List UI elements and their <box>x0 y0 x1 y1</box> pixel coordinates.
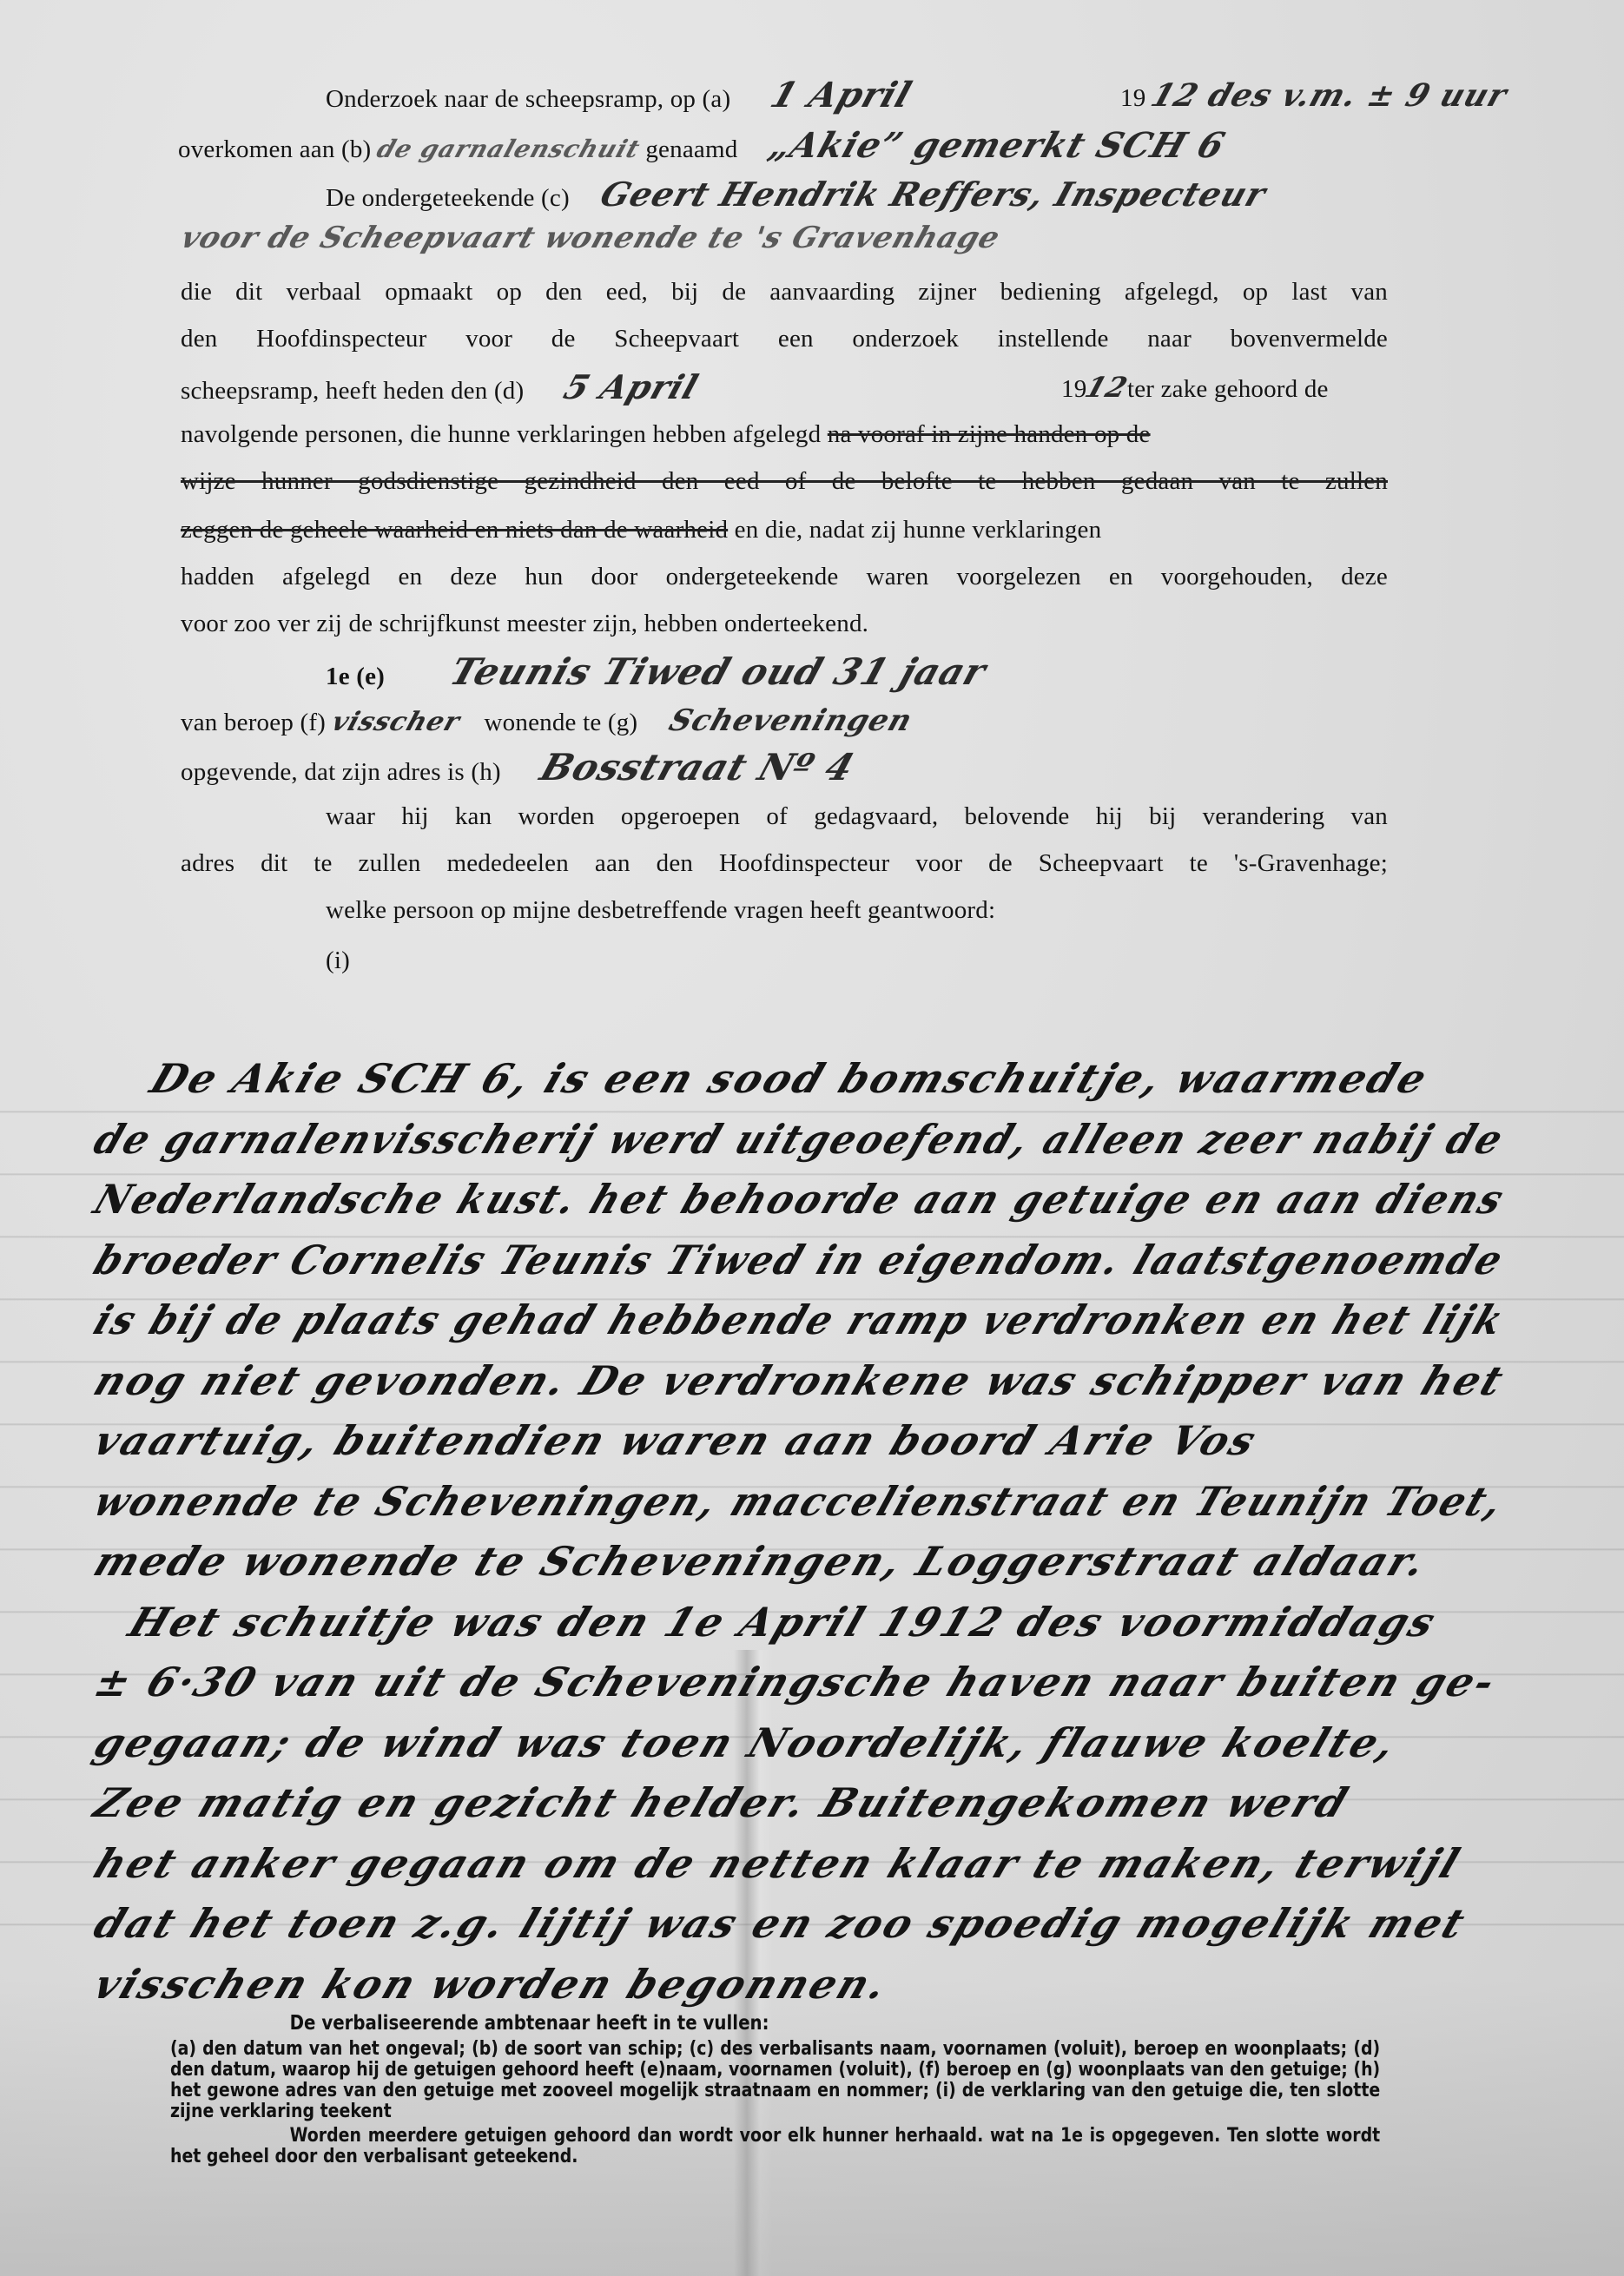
handwritten-address: Bosstraat Nº 4 <box>537 752 858 783</box>
form-line-c: De ondergeteekende (c) Geert Hendrik Ref… <box>326 179 1265 214</box>
form-line-d-year: 1912ter zake gehoord de <box>1061 372 1329 405</box>
printed-rest-d: ter zake gehoord de <box>1127 375 1329 403</box>
form-line-persons: navolgende personen, die hunne verklarin… <box>181 419 1151 450</box>
printed-paragraph-line: die dit verbaal opmaakt op den eed, bij … <box>181 276 1388 307</box>
handwritten-residence: Scheveningen <box>665 705 916 736</box>
handwritten-statement-line: gegaan; de wind was toen Noordelijk, fla… <box>87 1717 1405 1769</box>
handwritten-witness-name: Teunis Tiwed oud 31 jaar <box>447 656 991 688</box>
witness-label-h: opgevende, dat zijn adres is (h) <box>181 758 501 786</box>
struck-text: na vooraf in zijne handen op de <box>828 420 1151 448</box>
footnotes-body: (a) den datum van het ongeval; (b) de so… <box>170 2039 1380 2122</box>
handwritten-statement-line: ± 6·30 van uit de Scheveningsche haven n… <box>87 1656 1505 1708</box>
form-line-truth: zeggen de geheele waarheid en niets dan … <box>181 514 1101 545</box>
footnotes-extra: Worden meerdere getuigen gehoord dan wor… <box>170 2126 1380 2167</box>
witness-label-e: 1e (e) <box>326 663 385 690</box>
printed-paragraph-line: voor zoo ver zij de schrijfkunst meester… <box>181 608 868 639</box>
printed-label-d: scheepsramp, heeft heden den (d) <box>181 377 524 405</box>
printed-persons: navolgende personen, die hunne verklarin… <box>181 420 821 448</box>
printed-paragraph-line: den Hoofdinspecteur voor de Scheepvaart … <box>181 323 1388 354</box>
witness-line-e: 1e (e) Teunis Tiwed oud 31 jaar <box>326 656 985 692</box>
handwritten-occupation: visscher <box>327 707 464 738</box>
printed-label-c: De ondergeteekende (c) <box>326 184 570 212</box>
handwritten-statement-line: is bij de plaats gehad hebbende ramp ver… <box>87 1294 1513 1346</box>
footnotes-title: De verbaliseerende ambtenaar heeft in te… <box>170 2013 1380 2034</box>
handwritten-investigator: Geert Hendrik Reffers, Inspecteur <box>597 179 1270 210</box>
footnotes-block: De verbaliseerende ambtenaar heeft in te… <box>170 2013 1380 2167</box>
handwritten-statement-line: wonende te Scheveningen, maccelienstraat… <box>87 1475 1513 1527</box>
handwritten-statement-line: het anker gegaan om de netten klaar te m… <box>87 1837 1469 1890</box>
printed-paragraph-line: adres dit te zullen mededeelen aan den H… <box>181 848 1388 879</box>
handwritten-ship-name: „Akie” gemerkt SCH 6 <box>765 130 1229 162</box>
form-line-a-year: 19 12 des v.m. ± 9 uur <box>1120 80 1506 114</box>
handwritten-statement-line: de garnalenvisscherij werd uitgeoefend, … <box>87 1113 1513 1165</box>
handwritten-statement-line: De Akie SCH 6, is een sood bomschuitje, … <box>143 1052 1436 1105</box>
handwritten-statement-line: Nederlandsche kust. het behoorde aan get… <box>87 1173 1513 1225</box>
handwritten-year-d: 12 <box>1082 372 1132 403</box>
printed-truth: en die, nadat zij hunne verklaringen <box>735 516 1102 544</box>
scanned-document-page: Onderzoek naar de scheepsramp, op (a) 1 … <box>0 0 1624 2276</box>
printed-year-prefix: 19 <box>1120 84 1145 112</box>
form-line-c2: voor de Scheepvaart wonende te 's Graven… <box>182 222 999 255</box>
printed-named: genaamd <box>645 135 737 163</box>
printed-paragraph-line: hadden afgelegd en deze hun door onderge… <box>181 561 1388 592</box>
form-line-a: Onderzoek naar de scheepsramp, op (a) 1 … <box>326 80 910 115</box>
handwritten-hearing-date: 5 April <box>560 372 702 403</box>
witness-line-h: opgevende, dat zijn adres is (h) Bosstra… <box>181 752 853 788</box>
handwritten-statement-line: nog niet gevonden. De verdronkene was sc… <box>87 1355 1513 1407</box>
handwritten-ship-type: de garnalenschuit <box>373 134 644 165</box>
struck-text: zeggen de geheele waarheid en niets dan … <box>181 516 728 544</box>
handwritten-investigator-residence: voor de Scheepvaart wonende te 's Graven… <box>177 222 1004 254</box>
printed-label-b: overkomen aan (b) <box>178 135 371 163</box>
handwritten-statement-line: vaartuig, buitendien waren aan boord Ari… <box>87 1415 1265 1467</box>
handwritten-accident-date: 1 April <box>767 80 915 111</box>
printed-label-a: Onderzoek naar de scheepsramp, op (a) <box>326 85 730 113</box>
handwritten-statement-line: broeder Cornelis Teunis Tiwed in eigendo… <box>87 1234 1512 1286</box>
handwritten-statement-line: visschen kon worden begonnen. <box>87 1958 896 2010</box>
handwritten-statement-line: dat het toen z.g. lijtij was en zoo spoe… <box>87 1897 1475 1949</box>
form-line-b: overkomen aan (b) de garnalenschuit gena… <box>178 130 1224 165</box>
printed-paragraph-line: waar hij kan worden opgeroepen of gedagv… <box>326 801 1388 832</box>
handwritten-statement-line: Zee matig en gezicht helder. Buitengekom… <box>87 1777 1357 1829</box>
witness-line-f: van beroep (f) visscher wonende te (g) S… <box>181 705 911 738</box>
struck-oath-line: wijze hunner godsdienstige gezindheid de… <box>181 465 1388 497</box>
handwritten-statement-line: Het schuitje was den 1e April 1912 des v… <box>122 1596 1445 1648</box>
witness-label-g: wonende te (g) <box>485 709 638 736</box>
witness-label-f: van beroep (f) <box>181 709 326 736</box>
form-line-d: scheepsramp, heeft heden den (d) 5 April <box>181 372 696 406</box>
label-i: (i) <box>326 945 350 976</box>
handwritten-statement-line: mede wonende te Scheveningen, Loggerstra… <box>87 1535 1436 1587</box>
handwritten-year-time: 12 des v.m. ± 9 uur <box>1147 80 1511 111</box>
printed-paragraph-line: welke persoon op mijne desbetreffende vr… <box>326 894 995 926</box>
